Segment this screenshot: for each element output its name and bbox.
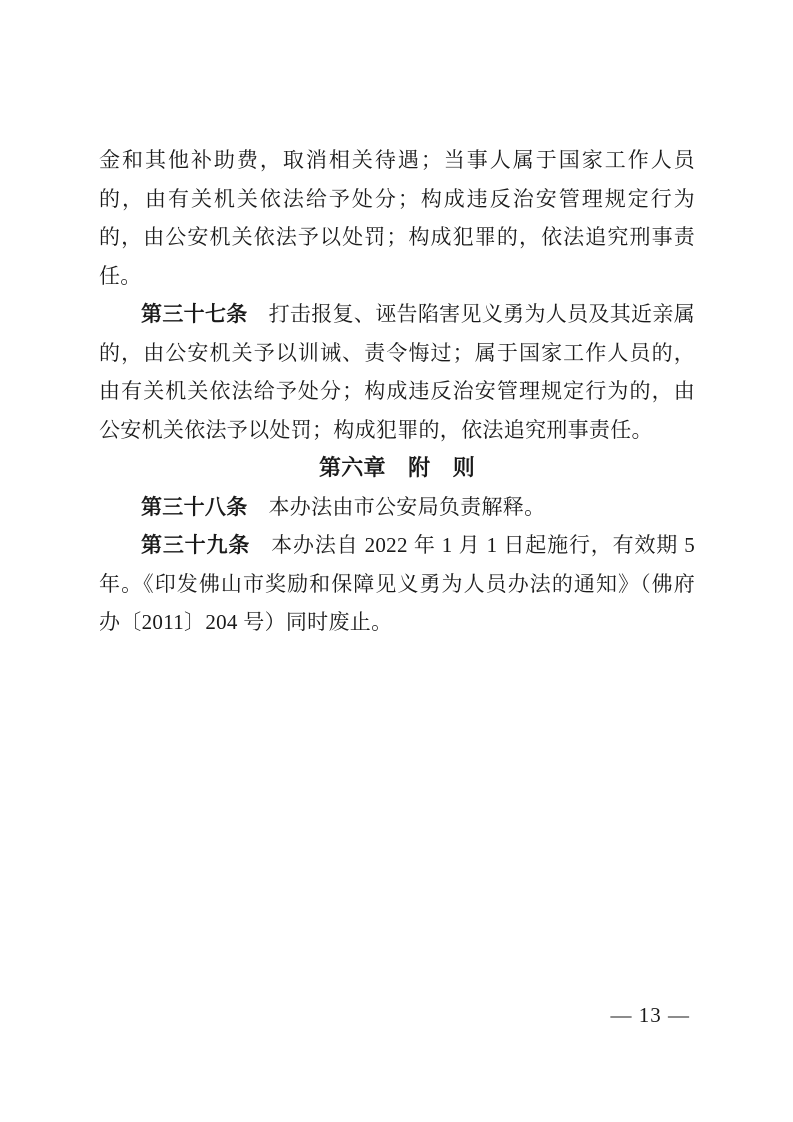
paragraph-article-37: 第三十七条打击报复、诬告陷害见义勇为人员及其近亲属的，由公安机关予以训诫、责令悔… bbox=[99, 295, 695, 449]
article-37-label: 第三十七条 bbox=[141, 302, 248, 326]
paragraph-continuation-text: 金和其他补助费，取消相关待遇；当事人属于国家工作人员的，由有关机关依法给予处分；… bbox=[99, 148, 695, 288]
paragraph-article-38: 第三十八条本办法由市公安局负责解释。 bbox=[99, 488, 695, 527]
document-page: 金和其他补助费，取消相关待遇；当事人属于国家工作人员的，由有关机关依法给予处分；… bbox=[0, 0, 793, 1122]
page-number: — 13 — bbox=[611, 1003, 691, 1027]
page-footer: — 13 — bbox=[611, 1002, 691, 1028]
article-39-label: 第三十九条 bbox=[141, 533, 250, 557]
article-38-label: 第三十八条 bbox=[141, 495, 248, 519]
article-38-text: 本办法由市公安局负责解释。 bbox=[269, 495, 546, 519]
chapter-6-heading: 第六章 附 则 bbox=[99, 449, 695, 488]
paragraph-continuation: 金和其他补助费，取消相关待遇；当事人属于国家工作人员的，由有关机关依法给予处分；… bbox=[99, 141, 695, 295]
document-body: 金和其他补助费，取消相关待遇；当事人属于国家工作人员的，由有关机关依法给予处分；… bbox=[99, 141, 695, 642]
paragraph-article-39: 第三十九条本办法自 2022 年 1 月 1 日起施行，有效期 5 年。《印发佛… bbox=[99, 526, 695, 642]
